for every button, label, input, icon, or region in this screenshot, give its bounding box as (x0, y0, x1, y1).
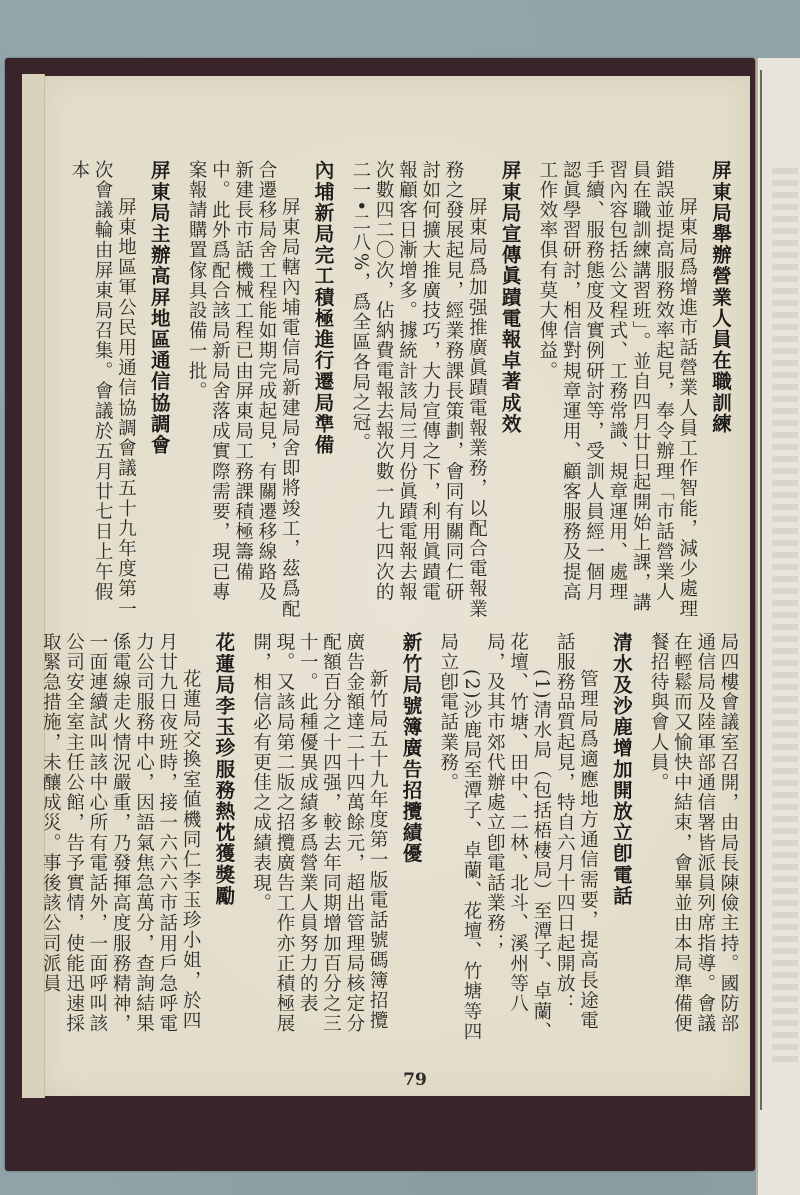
list-item: (1)清水局（包括梧棲局）至潭子、卓蘭、花壇、竹塘、田中、二林、北斗、溪州等八局… (483, 632, 553, 1044)
headline: 清水及沙鹿增加開放立卽電話 (610, 632, 633, 1044)
article-neipu-new-office: 內埔新局完工積極進行遷局準備 屏東局轄內埔電信局新建局舍即將竣工，茲爲配合遷移局… (185, 160, 335, 620)
list-item: (2)沙鹿局至潭子、卓蘭、花壇、竹塘等四局立卽電話業務。 (436, 632, 483, 1044)
headline: 屏東局主辦高屏地區通信協調會 (147, 160, 170, 620)
gutter-line (760, 70, 762, 1110)
paragraph: 管理局爲適應地方通信需要，提高長途電話服務品質起見，特自六月十四日起開放： (553, 632, 600, 1044)
article-coordination-meeting: 屏東局主辦高屏地區通信協調會 屏東地區軍公民用通信協調會議五十九年度第一次會議輪… (68, 160, 171, 620)
page-number: 79 (395, 1070, 435, 1090)
bottom-text-band: 局四樓會議室召開，由局長陳儉主持。國防部通信局及陸軍部通信署皆派員列席指導。會議… (120, 632, 740, 1044)
top-text-band: 屏東局舉辦營業人員在職訓練 屏東局爲增進市話營業人員工作智能，減少處理錯誤並提高… (120, 160, 740, 620)
article-training: 屏東局舉辦營業人員在職訓練 屏東局爲增進市話營業人員工作智能，減少處理錯誤並提高… (536, 160, 732, 620)
article-hsinchu-directory-ads: 新竹局號簿廣告招攬績優 新竹局五十九年度第一版電話號碼簿招攬廣告金額達二十四萬餘… (249, 632, 422, 1044)
paragraph: 屏東局爲加强推廣眞蹟電報業務，以配合電報業務之發展起見，經業務課長策劃，會同有關… (349, 160, 489, 620)
bleed-through-text (772, 168, 798, 1068)
next-page-edge (756, 58, 800, 1195)
headline: 內埔新局完工積極進行遷局準備 (311, 160, 334, 620)
article-qingshui-shalu-phone: 清水及沙鹿增加開放立卽電話 管理局爲適應地方通信需要，提高長途電話服務品質起見，… (436, 632, 632, 1044)
paragraph: 局四樓會議室召開，由局長陳儉主持。國防部通信局及陸軍部通信署皆派員列席指導。會議… (647, 632, 740, 1044)
article-hualien-award: 花蓮局李玉珍服務熱忱獲獎勵 花蓮局交換室値機同仁李玉珍小姐，於四月廿九日夜班時，… (39, 632, 235, 1044)
headline: 花蓮局李玉珍服務熱忱獲獎勵 (212, 632, 235, 1044)
paragraph: 屏東局爲增進市話營業人員工作智能，減少處理錯誤並提高服務效率起見，奉令辦理「市話… (536, 160, 699, 620)
headline: 新竹局號簿廣告招攬績優 (399, 632, 422, 1044)
headline: 屏東局舉辦營業人員在職訓練 (709, 160, 732, 620)
article-meeting-continuation: 局四樓會議室召開，由局長陳儉主持。國防部通信局及陸軍部通信署皆派員列席指導。會議… (647, 632, 740, 1044)
paragraph: 花蓮局交換室値機同仁李玉珍小姐，於四月廿九日夜班時，接一六六六市話用戶急呼電力公… (39, 632, 202, 1044)
paragraph: 新竹局五十九年度第一版電話號碼簿招攬廣告金額達二十四萬餘元，超出管理局核定分配額… (249, 632, 389, 1044)
headline: 屏東局宣傳眞蹟電報卓著成效 (498, 160, 521, 620)
article-telegram-promotion: 屏東局宣傳眞蹟電報卓著成效 屏東局爲加强推廣眞蹟電報業務，以配合電報業務之發展起… (349, 160, 522, 620)
paragraph: 屏東局轄內埔電信局新建局舍即將竣工，茲爲配合遷移局舍工程能如期完成起見，有關遷移… (185, 160, 301, 620)
paragraph: 屏東地區軍公民用通信協調會議五十九年度第一次會議輪由屏東局召集。會議於五月廿七日… (68, 160, 138, 620)
